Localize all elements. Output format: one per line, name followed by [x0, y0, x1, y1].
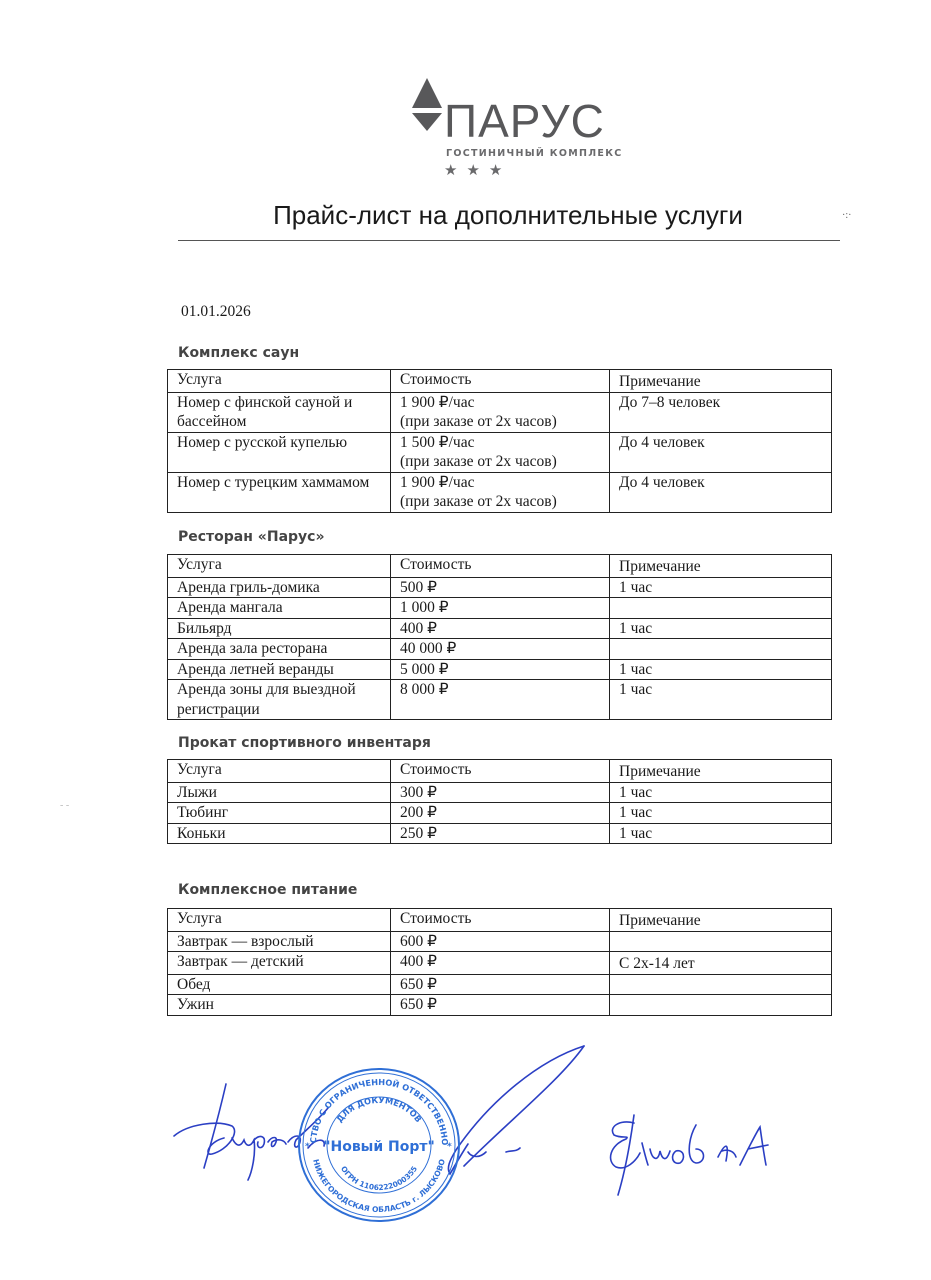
price-cell: 200 ₽: [391, 803, 610, 824]
stamp-star-icon: *: [305, 1142, 310, 1152]
note-cell: 1 час: [610, 618, 832, 639]
price-condition: (при заказе от 2х часов): [400, 493, 557, 510]
document-date: 01.01.2026: [181, 303, 251, 321]
note-cell: До 7–8 человек: [610, 392, 832, 432]
table-row: Завтрак — детский 400 ₽ С 2х-14 лет: [168, 952, 832, 975]
table-row: Аренда зала ресторана 40 000 ₽: [168, 639, 832, 660]
price-cell: 500 ₽: [391, 577, 610, 598]
company-stamp: ОБЩЕСТВО С ОГРАНИЧЕННОЙ ОТВЕТСТВЕННОСТЬЮ…: [296, 1066, 462, 1224]
note-cell: До 4 человек: [610, 472, 832, 512]
price-cell: 1 000 ₽: [391, 598, 610, 619]
stamp-star-icon: *: [447, 1142, 452, 1152]
service-cell: Аренда гриль-домика: [168, 577, 391, 598]
service-cell: Тюбинг: [168, 803, 391, 824]
header-note: Примечание: [610, 370, 832, 393]
table-row: Номер с турецким хаммамом 1 900 ₽/час(пр…: [168, 472, 832, 512]
header-service: Услуга: [168, 909, 391, 932]
note-cell: 1 час: [610, 782, 832, 803]
note-cell: [610, 598, 832, 619]
note-cell: 1 час: [610, 803, 832, 824]
note-cell: До 4 человек: [610, 432, 832, 472]
title-divider: [178, 240, 840, 241]
note-cell: [610, 931, 832, 952]
table-row: Номер с финской сауной и бассейном 1 900…: [168, 392, 832, 432]
section-heading-restaurant: Ресторан «Парус»: [178, 529, 325, 545]
stamp-ogrn-text: ОГРН 1106222000355: [339, 1164, 419, 1192]
service-cell: Обед: [168, 974, 391, 995]
service-cell: Аренда мангала: [168, 598, 391, 619]
price-cell: 1 900 ₽/час(при заказе от 2х часов): [391, 392, 610, 432]
scan-speck: ·:·: [842, 210, 851, 221]
table-row: Тюбинг 200 ₽ 1 час: [168, 803, 832, 824]
service-cell: Коньки: [168, 823, 391, 844]
header-service: Услуга: [168, 370, 391, 393]
table-row: Бильярд 400 ₽ 1 час: [168, 618, 832, 639]
header-note: Примечание: [610, 760, 832, 783]
price-condition: (при заказе от 2х часов): [400, 413, 557, 430]
star-rating-icon: ★★★: [444, 161, 511, 180]
price-cell: 1 900 ₽/час(при заказе от 2х часов): [391, 472, 610, 512]
price-value: 1 900 ₽/час: [400, 394, 474, 411]
table-row: Аренда летней веранды 5 000 ₽ 1 час: [168, 659, 832, 680]
price-value: 1 900 ₽/час: [400, 474, 474, 491]
section-heading-meals: Комплексное питание: [178, 882, 357, 898]
header-service: Услуга: [168, 555, 391, 578]
table-row: Ужин 650 ₽: [168, 995, 832, 1016]
scan-speck: - -: [60, 800, 69, 811]
service-cell: Лыжи: [168, 782, 391, 803]
service-cell: Завтрак — взрослый: [168, 931, 391, 952]
price-condition: (при заказе от 2х часов): [400, 453, 557, 470]
service-cell: Аренда зала ресторана: [168, 639, 391, 660]
header-price: Стоимость: [391, 909, 610, 932]
price-cell: 40 000 ₽: [391, 639, 610, 660]
sauna-price-table: Услуга Стоимость Примечание Номер с финс…: [167, 369, 832, 513]
service-cell: Бильярд: [168, 618, 391, 639]
sail-logo-icon: [410, 76, 444, 132]
service-cell: Аренда летней веранды: [168, 659, 391, 680]
header-note: Примечание: [610, 909, 832, 932]
table-row: Аренда гриль-домика 500 ₽ 1 час: [168, 577, 832, 598]
price-cell: 5 000 ₽: [391, 659, 610, 680]
stamp-outer-text: ОБЩЕСТВО С ОГРАНИЧЕННОЙ ОТВЕТСТВЕННОСТЬЮ: [296, 1066, 450, 1146]
service-cell: Номер с финской сауной и бассейном: [168, 392, 391, 432]
price-cell: 250 ₽: [391, 823, 610, 844]
table-row: Завтрак — взрослый 600 ₽: [168, 931, 832, 952]
table-row: Аренда мангала 1 000 ₽: [168, 598, 832, 619]
note-cell: С 2х-14 лет: [610, 952, 832, 975]
meals-price-table: Услуга Стоимость Примечание Завтрак — вз…: [167, 908, 832, 1016]
logo-name: ПАРУС: [444, 98, 605, 144]
page-title: Прайс-лист на дополнительные услуги: [0, 200, 931, 231]
service-cell: Ужин: [168, 995, 391, 1016]
logo-subtitle: ГОСТИНИЧНЫЙ КОМПЛЕКС: [446, 148, 623, 159]
service-cell: Номер с турецким хаммамом: [168, 472, 391, 512]
header-service: Услуга: [168, 760, 391, 783]
note-cell: [610, 974, 832, 995]
table-row: Номер с русской купелью 1 500 ₽/час(при …: [168, 432, 832, 472]
header-price: Стоимость: [391, 555, 610, 578]
stamp-center-text: "Новый Порт": [323, 1139, 435, 1155]
price-cell: 400 ₽: [391, 618, 610, 639]
price-cell: 600 ₽: [391, 931, 610, 952]
price-cell: 650 ₽: [391, 974, 610, 995]
header-price: Стоимость: [391, 370, 610, 393]
note-cell: 1 час: [610, 659, 832, 680]
service-cell: Завтрак — детский: [168, 952, 391, 975]
handwritten-name-signature: [600, 1105, 800, 1200]
section-heading-saunas: Комплекс саун: [178, 345, 299, 361]
service-cell: Номер с русской купелью: [168, 432, 391, 472]
table-header-row: Услуга Стоимость Примечание: [168, 909, 832, 932]
note-cell: [610, 639, 832, 660]
table-header-row: Услуга Стоимость Примечание: [168, 555, 832, 578]
price-cell: 8 000 ₽: [391, 680, 610, 720]
sports-rental-price-table: Услуга Стоимость Примечание Лыжи 300 ₽ 1…: [167, 759, 832, 844]
price-cell: 400 ₽: [391, 952, 610, 975]
table-row: Обед 650 ₽: [168, 974, 832, 995]
note-cell: 1 час: [610, 577, 832, 598]
table-row: Лыжи 300 ₽ 1 час: [168, 782, 832, 803]
header-price: Стоимость: [391, 760, 610, 783]
table-header-row: Услуга Стоимость Примечание: [168, 760, 832, 783]
price-cell: 1 500 ₽/час(при заказе от 2х часов): [391, 432, 610, 472]
note-cell: [610, 995, 832, 1016]
note-cell: 1 час: [610, 680, 832, 720]
stamp-inner-text: ДЛЯ ДОКУМЕНТОВ: [334, 1095, 424, 1124]
header-note: Примечание: [610, 555, 832, 578]
hotel-logo: ПАРУС ГОСТИНИЧНЫЙ КОМПЛЕКС ★★★: [410, 76, 610, 180]
restaurant-price-table: Услуга Стоимость Примечание Аренда гриль…: [167, 554, 832, 720]
price-cell: 300 ₽: [391, 782, 610, 803]
note-cell: 1 час: [610, 823, 832, 844]
price-cell: 650 ₽: [391, 995, 610, 1016]
section-heading-sports-rental: Прокат спортивного инвентаря: [178, 735, 431, 751]
service-cell: Аренда зоны для выездной регистрации: [168, 680, 391, 720]
table-header-row: Услуга Стоимость Примечание: [168, 370, 832, 393]
table-row: Коньки 250 ₽ 1 час: [168, 823, 832, 844]
table-row: Аренда зоны для выездной регистрации 8 0…: [168, 680, 832, 720]
price-value: 1 500 ₽/час: [400, 434, 474, 451]
